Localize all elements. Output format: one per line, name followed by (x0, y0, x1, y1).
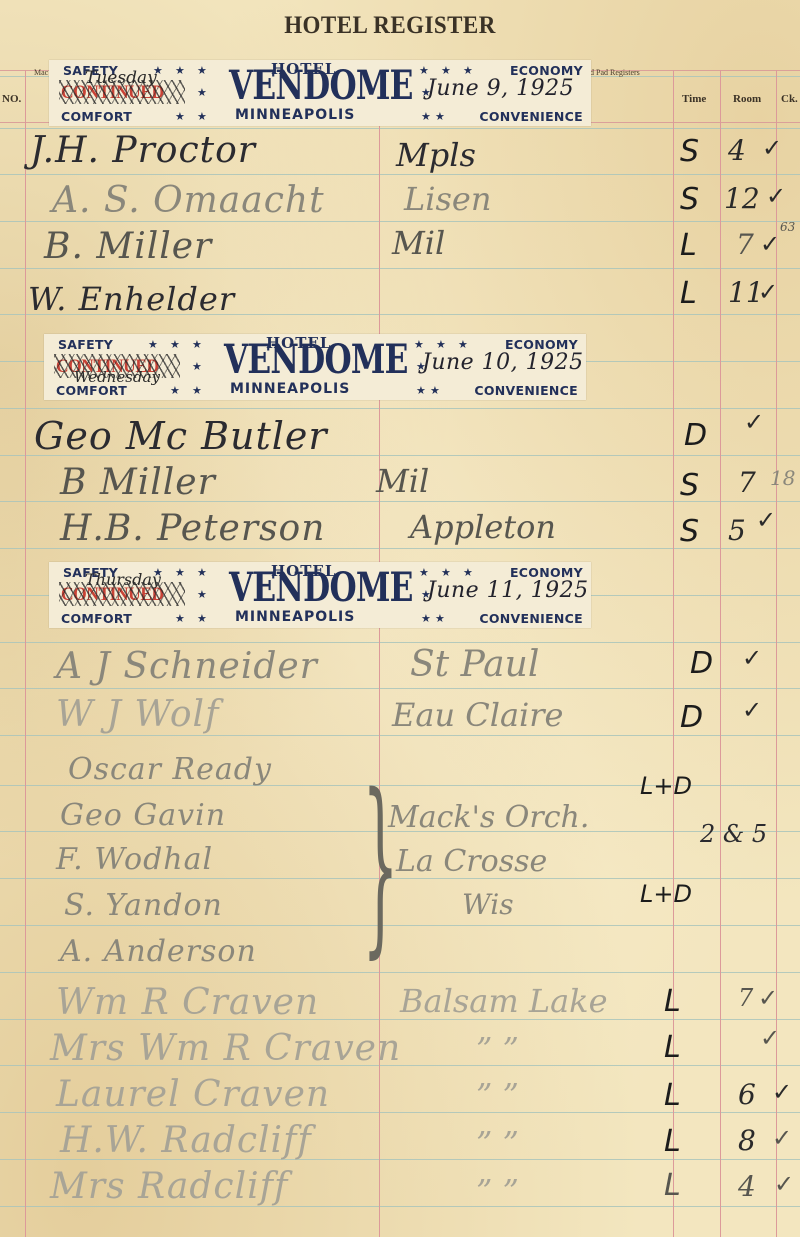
guest-residence: Appleton (410, 508, 556, 546)
star-icon: ★ (197, 64, 207, 77)
guest-name: F. Wodhal (56, 842, 213, 877)
guest-room: 7 (738, 984, 753, 1012)
guest-check: ✓ (758, 984, 778, 1012)
guest-room: 7 (738, 466, 756, 499)
guest-time: L (664, 1030, 681, 1065)
star-icon: ★ (197, 566, 207, 579)
guest-name: H.W. Radcliff (60, 1120, 312, 1161)
guest-note: 63 (780, 220, 795, 234)
guest-check: ✓ (766, 182, 786, 210)
guest-time: L (664, 1168, 681, 1203)
guest-residence: ” ” (476, 1124, 519, 1162)
guest-check: ✓ (760, 230, 780, 258)
guest-room: 7 (736, 228, 754, 261)
guest-residence: Mil (376, 462, 429, 500)
star-icon: ★ (197, 86, 207, 99)
guest-name: Mrs Radcliff (50, 1166, 288, 1207)
guest-time: L (664, 984, 681, 1019)
rule (0, 735, 800, 736)
register-page: HOTEL REGISTER Mac d Pad Registers NO. T… (0, 0, 800, 1237)
guest-name: A. Anderson (60, 934, 257, 969)
star-icon: ★ (421, 612, 431, 625)
guest-check: ✓ (774, 1170, 794, 1198)
stamp-comfort: COMFORT (61, 109, 132, 124)
stamp-date: June 10, 1925 (422, 350, 584, 375)
guest-residence: La Crosse (396, 844, 547, 879)
maker-imprint-right: d Pad Registers (590, 68, 640, 77)
weekday-handwritten: Tuesday (85, 68, 157, 88)
stamp-date: June 9, 1925 (427, 76, 574, 101)
guest-time: D (690, 646, 713, 681)
stamp-safety: SAFETY (58, 337, 113, 352)
guest-name: A J Schneider (56, 646, 318, 687)
stamp-city: MINNEAPOLIS (235, 107, 355, 123)
guest-time: L (680, 276, 697, 311)
guest-time: S (680, 468, 699, 503)
guest-time: D (684, 418, 707, 453)
column-header-ck: Ck. (781, 93, 798, 105)
rule (0, 972, 800, 973)
group-time: L+D (640, 880, 692, 908)
guest-time: L (664, 1124, 681, 1159)
guest-check: ✓ (758, 278, 778, 306)
guest-name: Mrs Wm R Craven (50, 1028, 401, 1069)
star-icon: ★ (175, 64, 185, 77)
guest-check: ✓ (742, 696, 762, 724)
guest-name: B. Miller (44, 226, 212, 267)
page-title: HOTEL REGISTER (31, 12, 749, 40)
star-icon: ★ (192, 338, 202, 351)
stamp-convenience: CONVENIENCE (479, 109, 583, 124)
guest-name: H.B. Peterson (60, 508, 325, 549)
rule (0, 688, 800, 689)
guest-time: D (680, 700, 703, 735)
stamp-city: MINNEAPOLIS (230, 381, 350, 397)
date-stamp-june-11: SAFETY COMFORT ECONOMY CONVENIENCE ★ ★ ★… (49, 562, 591, 628)
guest-room: 8 (738, 1124, 756, 1157)
guest-time: S (680, 514, 699, 549)
column-header-time: Time (682, 93, 706, 105)
star-icon: ★ (192, 360, 202, 373)
guest-time: L (664, 1078, 681, 1113)
guest-room: 5 (728, 514, 746, 547)
star-icon: ★ (175, 110, 185, 123)
guest-name: Laurel Craven (56, 1074, 330, 1115)
stamp-hotel-name: VENDOME (229, 566, 413, 610)
star-icon: ★ (435, 110, 445, 123)
rule (0, 642, 800, 643)
guest-time: S (680, 134, 699, 169)
column-header-room: Room (733, 93, 761, 105)
guest-room: 4 (738, 1170, 756, 1203)
guest-residence: ” ” (476, 1030, 519, 1068)
group-room: 2 & 5 (700, 820, 767, 848)
guest-residence: St Paul (410, 644, 539, 685)
guest-residence: Lisen (404, 180, 491, 218)
stamp-date: June 11, 1925 (427, 578, 589, 603)
guest-room: 6 (738, 1078, 756, 1111)
guest-name: Geo Mc Butler (34, 414, 328, 458)
guest-check: ✓ (760, 1024, 780, 1052)
star-icon: ★ (197, 110, 207, 123)
column-divider-room (720, 70, 721, 1237)
weekday-handwritten: Wednesday (74, 368, 160, 386)
guest-check: ✓ (772, 1124, 792, 1152)
column-header-no: NO. (2, 93, 21, 105)
guest-residence: ” ” (476, 1076, 519, 1114)
margin-line (25, 70, 26, 1237)
guest-residence: Mil (392, 224, 445, 262)
guest-name: Geo Gavin (60, 798, 226, 833)
group-time: L+D (640, 772, 692, 800)
guest-residence: Mpls (396, 136, 476, 174)
guest-name: J.H. Proctor (30, 130, 256, 171)
date-stamp-june-10: SAFETY COMFORT ECONOMY CONVENIENCE ★ ★ ★… (44, 334, 586, 400)
star-icon: ★ (416, 384, 426, 397)
star-icon: ★ (192, 384, 202, 397)
rule (0, 174, 800, 175)
star-icon: ★ (197, 588, 207, 601)
star-icon: ★ (197, 612, 207, 625)
stamp-convenience: CONVENIENCE (479, 611, 583, 626)
guest-check: ✓ (744, 408, 764, 436)
rule (0, 408, 800, 409)
guest-name: S. Yandon (64, 888, 223, 923)
guest-check: ✓ (772, 1078, 792, 1106)
guest-check: ✓ (762, 134, 782, 162)
star-icon: ★ (170, 338, 180, 351)
guest-name: Oscar Ready (68, 752, 272, 787)
guest-time: S (680, 182, 699, 217)
rule (0, 128, 800, 129)
stamp-hotel-name: VENDOME (224, 338, 408, 382)
guest-time: L (680, 228, 697, 263)
guest-check: ✓ (756, 506, 776, 534)
maker-imprint-left: Mac (34, 68, 48, 77)
star-icon: ★ (148, 338, 158, 351)
date-stamp-june-9: SAFETY COMFORT ECONOMY CONVENIENCE ★ ★ ★… (49, 60, 591, 126)
stamp-convenience: CONVENIENCE (474, 383, 578, 398)
guest-check: 18 (770, 466, 795, 490)
guest-room: 12 (724, 182, 760, 215)
guest-check: ✓ (742, 644, 762, 672)
guest-name: B Miller (60, 462, 216, 503)
weekday-handwritten: Thursday (85, 570, 161, 589)
stamp-comfort: COMFORT (61, 611, 132, 626)
rule (0, 268, 800, 269)
guest-residence: Mack's Orch. (388, 800, 589, 835)
guest-name: W. Enhelder (28, 280, 235, 318)
star-icon: ★ (421, 110, 431, 123)
guest-residence: Wis (462, 888, 514, 921)
guest-room: 4 (728, 134, 746, 167)
guest-name: W J Wolf (56, 694, 219, 735)
stamp-city: MINNEAPOLIS (235, 609, 355, 625)
star-icon: ★ (170, 384, 180, 397)
guest-residence: Balsam Lake (400, 982, 608, 1020)
stamp-hotel-name: VENDOME (229, 64, 413, 108)
guest-name: Wm R Craven (56, 982, 319, 1023)
star-icon: ★ (430, 384, 440, 397)
rule (0, 221, 800, 222)
guest-residence: Eau Claire (392, 696, 563, 734)
group-brace: } (362, 770, 398, 960)
star-icon: ★ (175, 566, 185, 579)
guest-name: A. S. Omaacht (52, 180, 325, 221)
guest-residence: ” ” (476, 1172, 519, 1210)
rule (0, 925, 800, 926)
star-icon: ★ (175, 612, 185, 625)
star-icon: ★ (435, 612, 445, 625)
